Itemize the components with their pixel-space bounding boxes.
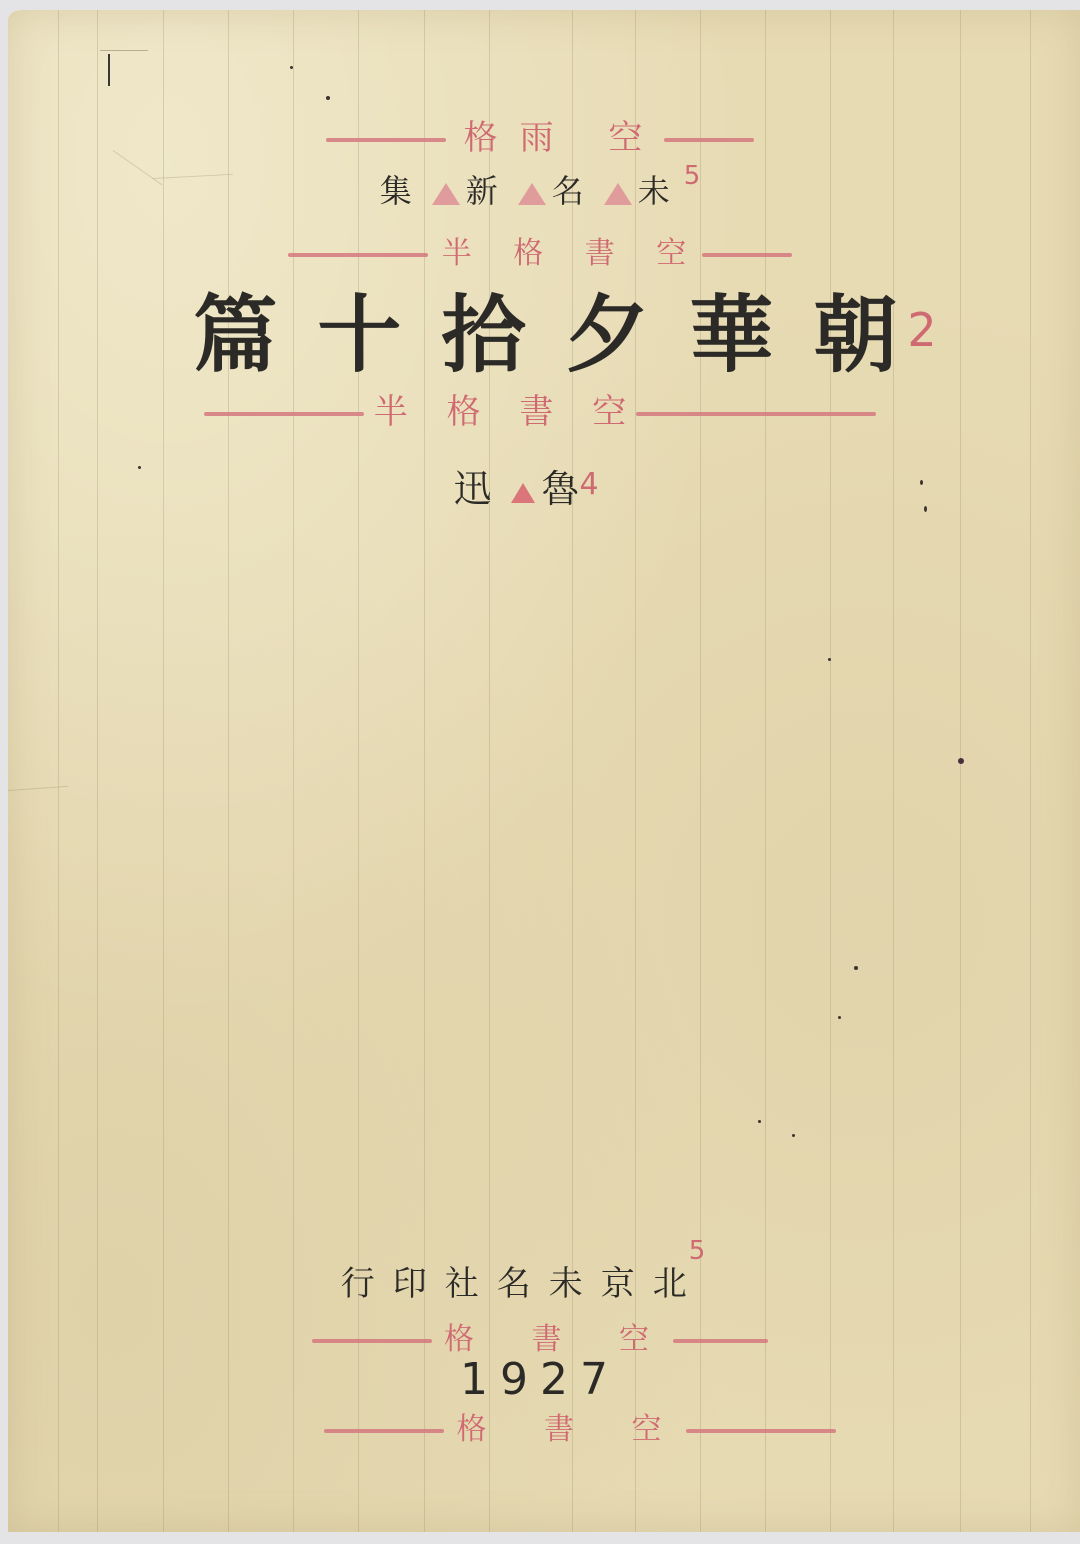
- author-line: 迅魯4: [0, 458, 1080, 513]
- red-dash: [636, 412, 876, 416]
- ink-speck: [838, 1016, 841, 1019]
- ink-speck: [758, 1120, 761, 1123]
- red-editorial-mark-4: 格 書 空: [0, 1314, 1080, 1358]
- triangle-mark-icon: [432, 183, 460, 205]
- book-title: 篇十拾夕華朝2: [0, 268, 1080, 389]
- triangle-mark-icon: [511, 483, 535, 503]
- series-char: 集: [380, 172, 426, 210]
- red-mark-text: 格雨 空: [464, 118, 665, 158]
- corner-mark-line: [100, 50, 148, 51]
- red-mark-text: 格 書 空: [456, 1412, 685, 1447]
- ink-speck: [828, 658, 831, 661]
- red-dash: [312, 1339, 432, 1343]
- publisher-text: 行印社名未京北: [341, 1264, 705, 1304]
- red-dash: [673, 1339, 768, 1343]
- series-char: 新: [466, 172, 512, 210]
- red-dash: [324, 1429, 444, 1433]
- red-dash: [204, 412, 364, 416]
- publication-year: 1927: [0, 1354, 1080, 1405]
- red-editorial-mark-1: 格雨 空: [0, 110, 1080, 159]
- red-annotation-number: 5: [684, 161, 701, 191]
- series-char: 名: [552, 172, 598, 210]
- red-annotation-number: 4: [579, 467, 612, 502]
- ink-speck: [854, 966, 858, 970]
- red-dash: [326, 138, 446, 142]
- title-text: 篇十拾夕華朝: [193, 285, 937, 384]
- publisher-line: 行印社名未京北5: [0, 1256, 1080, 1305]
- author-char: 迅: [453, 467, 505, 511]
- ink-speck: [792, 1134, 795, 1137]
- ink-speck: [290, 66, 293, 69]
- red-dash: [686, 1429, 836, 1433]
- triangle-mark-icon: [518, 183, 546, 205]
- triangle-mark-icon: [604, 183, 632, 205]
- red-dash: [288, 253, 428, 257]
- red-annotation-number: 2: [907, 303, 936, 357]
- red-editorial-mark-2: 半 格 書 空: [0, 228, 1080, 272]
- red-mark-text: 半 格 書 空: [374, 392, 640, 432]
- red-dash: [664, 138, 754, 142]
- red-annotation-number: 5: [689, 1236, 724, 1266]
- ink-speck: [326, 96, 330, 100]
- red-editorial-mark-3: 半 格 書 空: [0, 384, 1080, 433]
- red-mark-text: 格 書 空: [444, 1322, 673, 1357]
- red-editorial-mark-5: 格 書 空: [0, 1404, 1080, 1448]
- ink-speck: [958, 758, 964, 764]
- series-line: 集新名未5: [0, 166, 1080, 212]
- corner-mark: [108, 54, 110, 86]
- year-text: 1927: [460, 1354, 620, 1405]
- series-char: 未: [638, 172, 684, 210]
- red-mark-text: 半 格 書 空: [442, 236, 703, 271]
- red-dash: [702, 253, 792, 257]
